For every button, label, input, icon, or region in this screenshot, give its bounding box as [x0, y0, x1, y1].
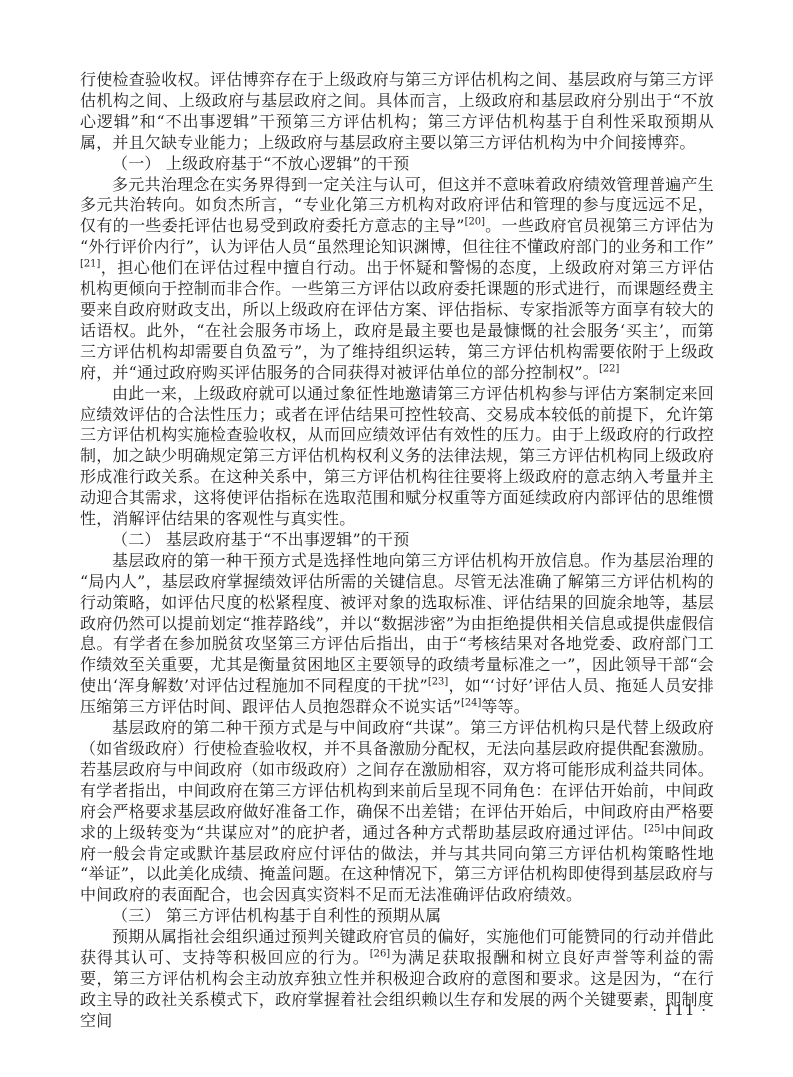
citation-reference: [24] — [461, 698, 481, 709]
citation-reference: [26] — [370, 949, 390, 960]
citation-reference: [22] — [599, 363, 619, 374]
page-number: · 111 · — [652, 1001, 707, 1019]
body-paragraph: 基层政府的第二种干预方式是与中间政府“共谋”。第三方评估机构只是代替上级政府（如… — [80, 718, 714, 906]
section-heading: （三） 第三方评估机构基于自利性的预期从属 — [80, 906, 714, 927]
citation-reference: [21] — [80, 259, 100, 270]
citation-reference: [23] — [428, 677, 448, 688]
body-paragraph: 行使检查验收权。评估博弈存在于上级政府与第三方评估机构之间、基层政府与第三方评估… — [80, 70, 714, 154]
section-heading: （一） 上级政府基于“不放心逻辑”的干预 — [80, 154, 714, 175]
journal-page: { "page": { "background_color": "#ffffff… — [0, 0, 793, 1077]
body-paragraph: 基层政府的第一种干预方式是选择性地向第三方评估机构开放信息。作为基层治理的“局内… — [80, 551, 714, 718]
body-paragraph: 由此一来，上级政府就可以通过象征性地邀请第三方评估机构参与评估方案制定来回应绩效… — [80, 384, 714, 530]
body-paragraph: 预期从属指社会组织通过预判关键政府官员的偏好，实施他们可能赞同的行动并借此获得其… — [80, 927, 714, 1032]
document-body: 行使检查验收权。评估博弈存在于上级政府与第三方评估机构之间、基层政府与第三方评估… — [80, 70, 714, 1032]
page-background: 行使检查验收权。评估博弈存在于上级政府与第三方评估机构之间、基层政府与第三方评估… — [0, 0, 793, 1077]
section-heading: （二） 基层政府基于“不出事逻辑”的干预 — [80, 530, 714, 551]
citation-reference: [25] — [644, 823, 664, 834]
citation-reference: [20] — [465, 217, 485, 228]
body-paragraph: 多元共治理念在实务界得到一定关注与认可，但这并不意味着政府绩效管理普遍产生多元共… — [80, 175, 714, 384]
